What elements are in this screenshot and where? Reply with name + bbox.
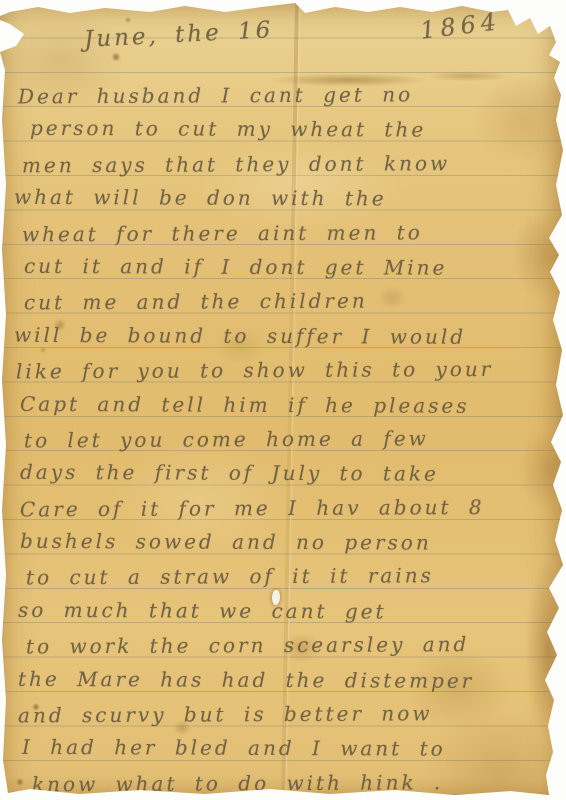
letter-line: so much that we cant get (18, 593, 560, 630)
letter-line: to cut a straw of it it rains (26, 558, 560, 595)
letter-line: I had her bled and I want to (22, 730, 560, 767)
letter-line: person to cut my wheat the (30, 111, 560, 148)
letter-line: know what to do with hink . (32, 764, 560, 800)
letter-line: will be bound to suffer I would (14, 318, 560, 355)
letter-line: cut it and if I dont get Mine (24, 249, 560, 286)
letter-line: Capt and tell him if he pleases (20, 386, 560, 423)
letter-line: wheat for there aint men to (22, 214, 560, 251)
letter-body: Dear husband I cant get no person to cut… (14, 78, 560, 800)
letter-line: cut me and the children (24, 283, 560, 320)
letter-line: to work the corn scearsley and (26, 627, 560, 664)
letter-line: men says that they dont know (22, 145, 560, 182)
letter-line: to let you come home a few (24, 421, 560, 458)
letter-line: like for you to show this to your (16, 352, 560, 389)
letter-line: what will be don with the (14, 180, 560, 217)
letter-line: Care of it for me I hav about 8 (20, 489, 560, 526)
letter-line: days the first of July to take (20, 455, 560, 492)
letter-paper: June, the 16 1864 Dear husband I cant ge… (0, 0, 566, 800)
letter-line: Dear husband I cant get no (18, 77, 560, 114)
letter-line: bushels sowed and no person (20, 524, 560, 561)
letter-line: the Mare has had the distemper (18, 661, 560, 698)
letter-scan: June, the 16 1864 Dear husband I cant ge… (0, 0, 566, 800)
letter-line: and scurvy but is better now (18, 696, 560, 733)
